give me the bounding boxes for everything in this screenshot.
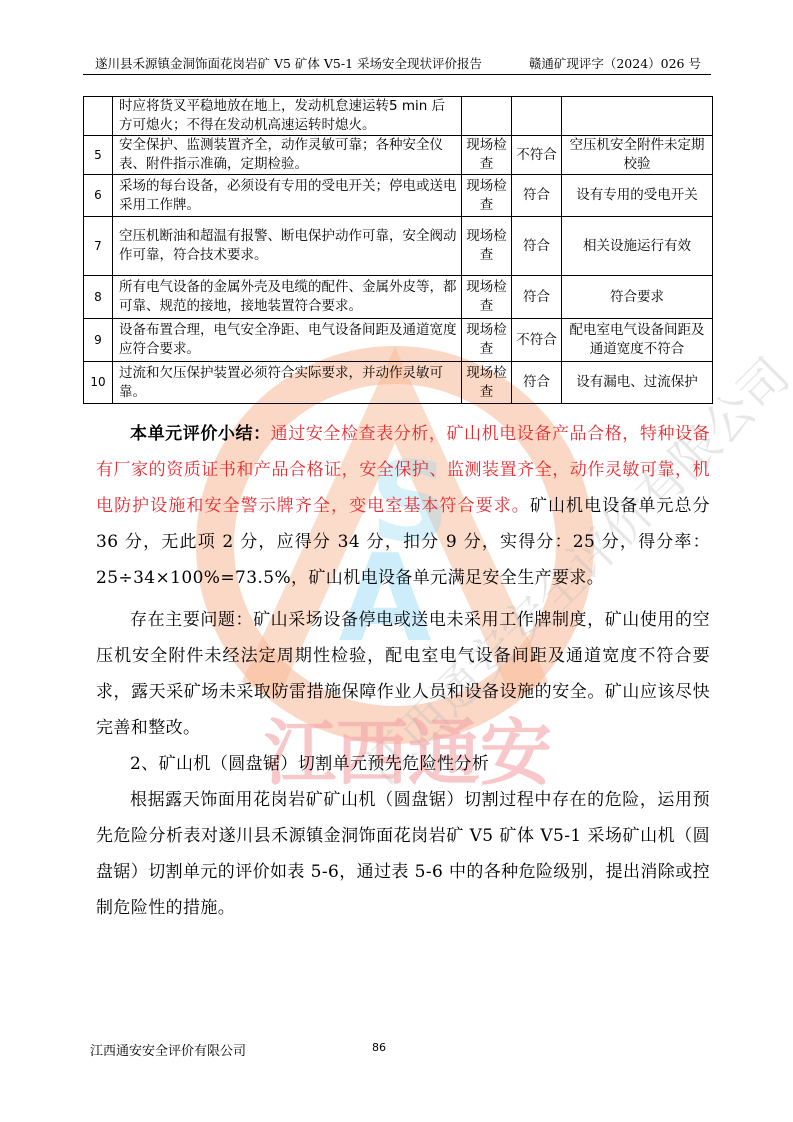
check-item: 所有电气设备的金属外壳及电缆的配件、金属外皮等，都可靠、规范的接地，接地装置符合… (113, 276, 462, 319)
row-number: 10 (84, 362, 113, 404)
row-number: 7 (84, 217, 113, 276)
check-method: 现场检查 (462, 217, 512, 276)
table-row: 时应将货叉平稳地放在地上，发动机怠速运转5 min 后方可熄火；不得在发动机高速… (84, 97, 713, 136)
problems-paragraph: 存在主要问题：矿山采场设备停电或送电未采用工作牌制度，矿山使用的空压机安全附件未… (96, 602, 710, 746)
check-result: 符合 (512, 175, 562, 217)
table-row: 10 过流和欠压保护装置必须符合实际要求，并动作灵敏可靠。 现场检查 符合 设有… (84, 362, 713, 404)
check-method: 现场检查 (462, 362, 512, 404)
check-item: 采场的每台设备，必须设有专用的受电开关；停电或送电采用工作牌。 (113, 175, 462, 217)
page-header: 遂川县禾源镇金洞饰面花岗岩矿 V5 矿体 V5-1 采场安全现状评价报告 赣通矿… (83, 56, 711, 75)
summary-paragraph: 本单元评价小结：通过安全检查表分析，矿山机电设备产品合格，特种设备有厂家的资质证… (96, 416, 710, 596)
page-number: 86 (372, 1041, 386, 1054)
report-title: 遂川县禾源镇金洞饰面花岗岩矿 V5 矿体 V5-1 采场安全现状评价报告 (95, 56, 482, 72)
table-row: 6 采场的每台设备，必须设有专用的受电开关；停电或送电采用工作牌。 现场检查 符… (84, 175, 713, 217)
check-item: 时应将货叉平稳地放在地上，发动机怠速运转5 min 后方可熄火；不得在发动机高速… (113, 97, 462, 136)
section-heading: 2、矿山机（圆盘锯）切割单元预先危险性分析 (96, 746, 710, 782)
check-result: 不符合 (512, 319, 562, 362)
check-remark: 符合要求 (562, 276, 713, 319)
row-number: 8 (84, 276, 113, 319)
report-number: 赣通矿现评字（2024）026 号 (529, 56, 701, 72)
row-number: 6 (84, 175, 113, 217)
check-method: 现场检查 (462, 136, 512, 175)
table-row: 5 安全保护、监测装置齐全，动作灵敏可靠；各种安全仪表、附件指示准确，定期检验。… (84, 136, 713, 175)
check-item: 设备布置合理，电气安全净距、电气设备间距及通道宽度应符合要求。 (113, 319, 462, 362)
check-remark: 设有专用的受电开关 (562, 175, 713, 217)
table-row: 8 所有电气设备的金属外壳及电缆的配件、金属外皮等，都可靠、规范的接地，接地装置… (84, 276, 713, 319)
row-number: 9 (84, 319, 113, 362)
check-result (512, 97, 562, 136)
check-result: 符合 (512, 276, 562, 319)
check-method: 现场检查 (462, 319, 512, 362)
check-item: 空压机断油和超温有报警、断电保护动作可靠，安全阀动作可靠，符合技术要求。 (113, 217, 462, 276)
check-item: 过流和欠压保护装置必须符合实际要求，并动作灵敏可靠。 (113, 362, 462, 404)
check-remark: 相关设施运行有效 (562, 217, 713, 276)
section-paragraph: 根据露天饰面用花岗岩矿矿山机（圆盘锯）切割过程中存在的危险，运用预先危险分析表对… (96, 782, 710, 926)
check-method: 现场检查 (462, 175, 512, 217)
check-remark (562, 97, 713, 136)
check-method: 现场检查 (462, 276, 512, 319)
row-number (84, 97, 113, 136)
check-remark: 空压机安全附件未定期校验 (562, 136, 713, 175)
table-row: 7 空压机断油和超温有报警、断电保护动作可靠，安全阀动作可靠，符合技术要求。 现… (84, 217, 713, 276)
check-remark: 配电室电气设备间距及通道宽度不符合 (562, 319, 713, 362)
table-row: 9 设备布置合理，电气安全净距、电气设备间距及通道宽度应符合要求。 现场检查 不… (84, 319, 713, 362)
summary-section: 本单元评价小结：通过安全检查表分析，矿山机电设备产品合格，特种设备有厂家的资质证… (96, 416, 710, 926)
check-remark: 设有漏电、过流保护 (562, 362, 713, 404)
summary-label: 本单元评价小结： (130, 424, 271, 444)
check-result: 符合 (512, 217, 562, 276)
check-result: 不符合 (512, 136, 562, 175)
footer-company: 江西通安安全评价有限公司 (90, 1040, 246, 1059)
check-result: 符合 (512, 362, 562, 404)
row-number: 5 (84, 136, 113, 175)
safety-checklist-table: 时应将货叉平稳地放在地上，发动机怠速运转5 min 后方可熄火；不得在发动机高速… (83, 96, 713, 404)
check-method (462, 97, 512, 136)
check-item: 安全保护、监测装置齐全，动作灵敏可靠；各种安全仪表、附件指示准确，定期检验。 (113, 136, 462, 175)
